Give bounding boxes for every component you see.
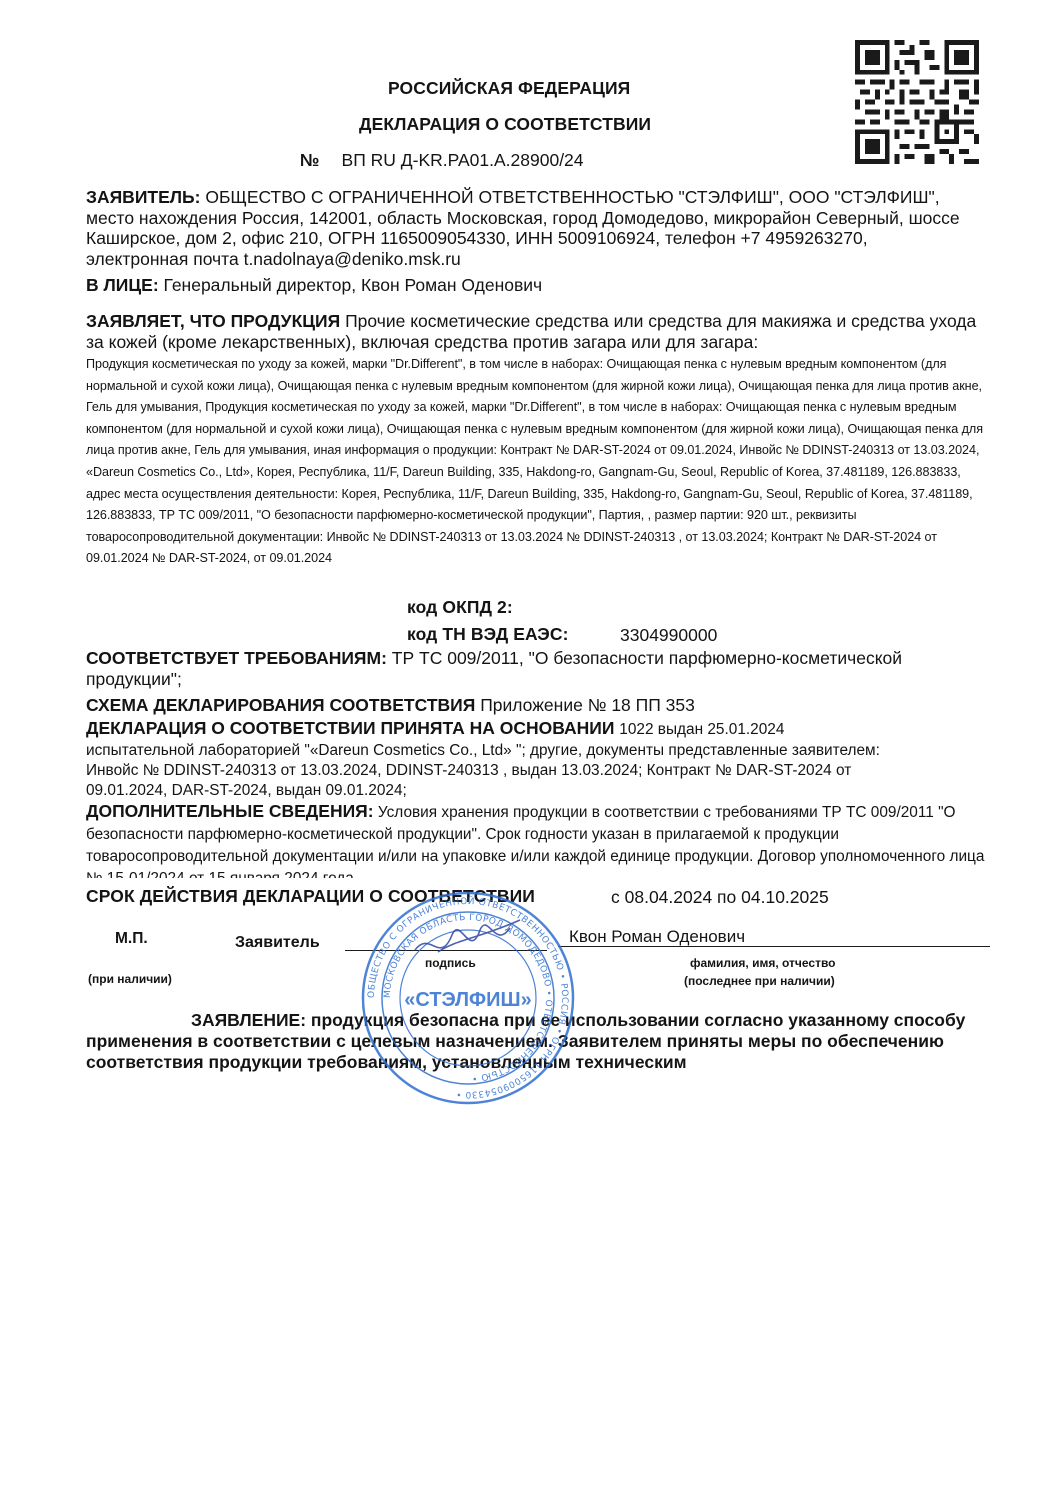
validity-label: СРОК ДЕЙСТВИЯ ДЕКЛАРАЦИИ О СООТВЕТСТВИИ bbox=[86, 886, 535, 907]
stamp-center-text: «СТЭЛФИШ» bbox=[404, 989, 531, 1011]
qr-code-icon bbox=[855, 40, 979, 169]
company-stamp-icon: ОБЩЕСТВО С ОГРАНИЧЕННОЙ ОТВЕТСТВЕННОСТЬЮ… bbox=[360, 890, 576, 1106]
applicant-section: ЗАЯВИТЕЛЬ: ОБЩЕСТВО С ОГРАНИЧЕННОЙ ОТВЕТ… bbox=[86, 187, 966, 269]
number-sign: № bbox=[300, 150, 320, 170]
scheme-section: СХЕМА ДЕКЛАРИРОВАНИЯ СООТВЕТСТВИЯ Прилож… bbox=[86, 695, 986, 716]
applicant-text: ОБЩЕСТВО С ОГРАНИЧЕННОЙ ОТВЕТСТВЕННОСТЬЮ… bbox=[86, 187, 960, 269]
name-caption-1: фамилия, имя, отчество bbox=[690, 956, 836, 970]
document-title: ДЕКЛАРАЦИЯ О СООТВЕТСТВИИ bbox=[359, 114, 651, 135]
basis-inline: 1022 выдан 25.01.2024 bbox=[619, 721, 784, 738]
signature-squiggle-icon bbox=[415, 920, 520, 952]
number-value: ВП RU Д-KR.PA01.А.28900/24 bbox=[342, 150, 584, 170]
product-label: ЗАЯВЛЯЕТ, ЧТО ПРОДУКЦИЯ bbox=[86, 311, 340, 331]
basis-text: испытательной лабораторией "«Dareun Cosm… bbox=[86, 741, 926, 801]
representative-label: В ЛИЦЕ: bbox=[86, 275, 159, 295]
basis-label: ДЕКЛАРАЦИЯ О СООТВЕТСТВИИ ПРИНЯТА НА ОСН… bbox=[86, 718, 614, 738]
applicant-label: ЗАЯВИТЕЛЬ: bbox=[86, 187, 200, 207]
validity-value: с 08.04.2024 по 04.10.2025 bbox=[611, 887, 829, 908]
scheme-text: Приложение № 18 ПП 353 bbox=[480, 695, 695, 715]
requirements-label: СООТВЕТСТВУЕТ ТРЕБОВАНИЯМ: bbox=[86, 648, 387, 668]
mp-label: М.П. bbox=[115, 930, 148, 948]
signer-name: Квон Роман Оденович bbox=[569, 927, 745, 947]
tnved-label: код ТН ВЭД ЕАЭС: bbox=[407, 624, 569, 645]
representative-section: В ЛИЦЕ: Генеральный директор, Квон Роман… bbox=[86, 275, 966, 296]
okpd-label: код ОКПД 2: bbox=[407, 597, 513, 618]
basis-heading: ДЕКЛАРАЦИЯ О СООТВЕТСТВИИ ПРИНЯТА НА ОСН… bbox=[86, 718, 986, 740]
name-line bbox=[558, 946, 990, 947]
additional-section: ДОПОЛНИТЕЛЬНЫЕ СВЕДЕНИЯ: Условия хранени… bbox=[86, 800, 991, 878]
tnved-value: 3304990000 bbox=[620, 625, 717, 646]
additional-label: ДОПОЛНИТЕЛЬНЫЕ СВЕДЕНИЯ: bbox=[86, 801, 374, 821]
representative-text: Генеральный директор, Квон Роман Оденови… bbox=[164, 275, 543, 295]
name-caption-2: (последнее при наличии) bbox=[684, 974, 835, 988]
declaration-number: №ВП RU Д-KR.PA01.А.28900/24 bbox=[300, 150, 584, 171]
country-title: РОССИЙСКАЯ ФЕДЕРАЦИЯ bbox=[388, 78, 630, 99]
mp-note: (при наличии) bbox=[88, 972, 172, 986]
product-section: ЗАЯВЛЯЕТ, ЧТО ПРОДУКЦИЯ Прочие косметиче… bbox=[86, 311, 991, 352]
scheme-label: СХЕМА ДЕКЛАРИРОВАНИЯ СООТВЕТСТВИЯ bbox=[86, 695, 475, 715]
applicant-sign-label: Заявитель bbox=[235, 934, 320, 952]
product-details: Продукция косметическая по уходу за коже… bbox=[86, 354, 991, 570]
requirements-section: СООТВЕТСТВУЕТ ТРЕБОВАНИЯМ: ТР ТС 009/201… bbox=[86, 648, 916, 689]
signature-caption: подпись bbox=[425, 956, 476, 970]
statement-text: ЗАЯВЛЕНИЕ: продукция безопасна при ее ис… bbox=[86, 1010, 986, 1073]
signature-line bbox=[345, 950, 547, 951]
